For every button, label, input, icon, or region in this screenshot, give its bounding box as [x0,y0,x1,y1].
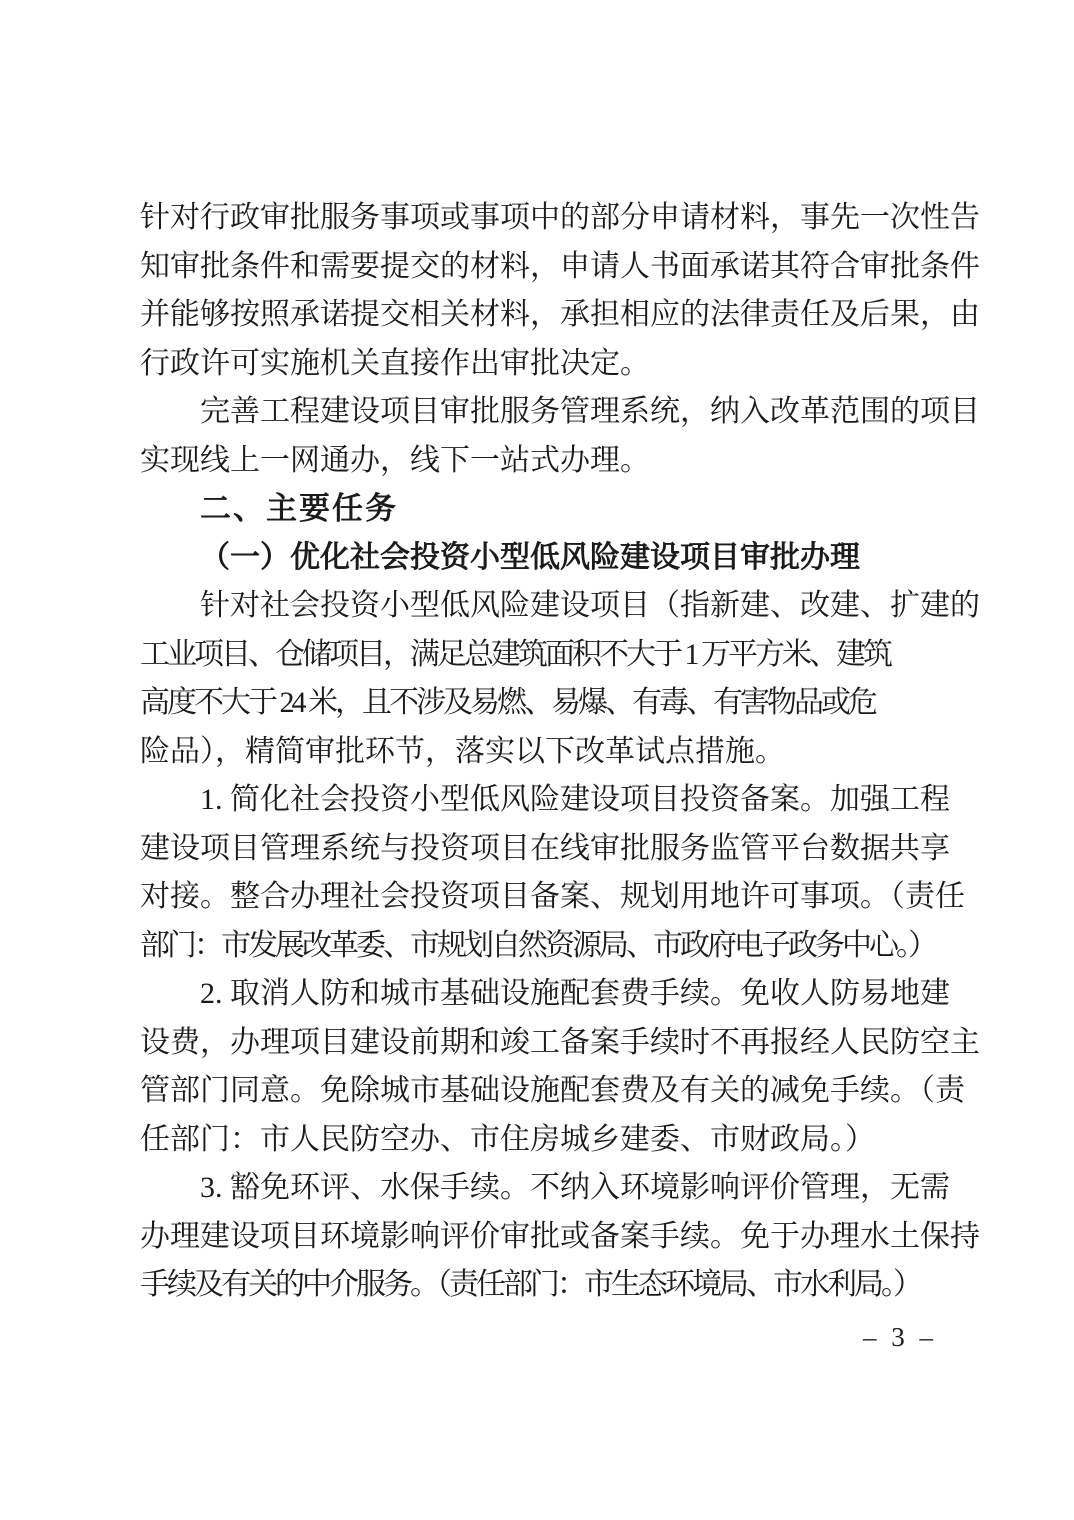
paragraph-online-platform: 完善工程建设项目审批服务管理系统，纳入改革范围的项目实现线上一网通办，线下一站式… [140,388,952,485]
text-line: 行政许可实施机关直接作出审批决定。 [140,340,952,389]
text-line: 管部门同意。免除城市基础设施配套费及有关的减免手续。（责 [140,1067,952,1116]
section-heading-main-tasks: 二、主要任务 [140,485,952,534]
text-line: 针对行政审批服务事项或事项中的部分申请材料，事先一次性告 [140,194,952,243]
text-line: 手续及有关的中介服务。（责任部门：市生态环境局、市水利局。） [140,1261,952,1310]
text-line: 对接。整合办理社会投资项目备案、规划用地许可事项。（责任 [140,873,952,922]
text-line: 二、主要任务 [140,485,952,534]
text-line: 实现线上一网通办，线下一站式办理。 [140,437,952,486]
text-line: 并能够按照承诺提交相关材料，承担相应的法律责任及后果，由 [140,291,952,340]
text-line: （一）优化社会投资小型低风险建设项目审批办理 [140,534,952,583]
subsection-heading-optimize-approval: （一）优化社会投资小型低风险建设项目审批办理 [140,534,952,583]
text-line: 部门：市发展改革委、市规划自然资源局、市政府电子政务中心。） [140,922,952,971]
paragraph-measure-1: 1. 简化社会投资小型低风险建设项目投资备案。加强工程建设项目管理系统与投资项目… [140,776,952,970]
text-line: 1. 简化社会投资小型低风险建设项目投资备案。加强工程 [140,776,952,825]
text-line: 任部门：市人民防空办、市住房城乡建委、市财政局。） [140,1116,952,1165]
paragraph-measure-2: 2. 取消人防和城市基础设施配套费手续。免收人防易地建设费，办理项目建设前期和竣… [140,970,952,1164]
text-line: 3. 豁免环评、水保手续。不纳入环境影响评价管理，无需 [140,1164,952,1213]
text-line: 完善工程建设项目审批服务管理系统，纳入改革范围的项目 [140,388,952,437]
document-body: 针对行政审批服务事项或事项中的部分申请材料，事先一次性告知审批条件和需要提交的材… [140,194,952,1310]
text-line: 建设项目管理系统与投资项目在线审批服务监管平台数据共享 [140,825,952,874]
text-line: 设费，办理项目建设前期和竣工备案手续时不再报经人民防空主 [140,1019,952,1068]
text-line: 险品），精简审批环节，落实以下改革试点措施。 [140,728,952,777]
text-line: 办理建设项目环境影响评价审批或备案手续。免于办理水土保持 [140,1213,952,1262]
document-page: 针对行政审批服务事项或事项中的部分申请材料，事先一次性告知审批条件和需要提交的材… [0,0,1074,1520]
paragraph-commitment-system: 针对行政审批服务事项或事项中的部分申请材料，事先一次性告知审批条件和需要提交的材… [140,194,952,388]
text-line: 2. 取消人防和城市基础设施配套费手续。免收人防易地建 [140,970,952,1019]
paragraph-measure-3: 3. 豁免环评、水保手续。不纳入环境影响评价管理，无需办理建设项目环境影响评价审… [140,1164,952,1310]
text-line: 针对社会投资小型低风险建设项目（指新建、改建、扩建的 [140,582,952,631]
text-line: 工业项目、仓储项目，满足总建筑面积不大于 1 万平方米、建筑 [140,631,952,680]
page-number: – 3 – [863,1322,937,1353]
paragraph-project-scope: 针对社会投资小型低风险建设项目（指新建、改建、扩建的工业项目、仓储项目，满足总建… [140,582,952,776]
text-line: 知审批条件和需要提交的材料，申请人书面承诺其符合审批条件 [140,243,952,292]
text-line: 高度不大于 24 米，且不涉及易燃、易爆、有毒、有害物品或危 [140,679,952,728]
